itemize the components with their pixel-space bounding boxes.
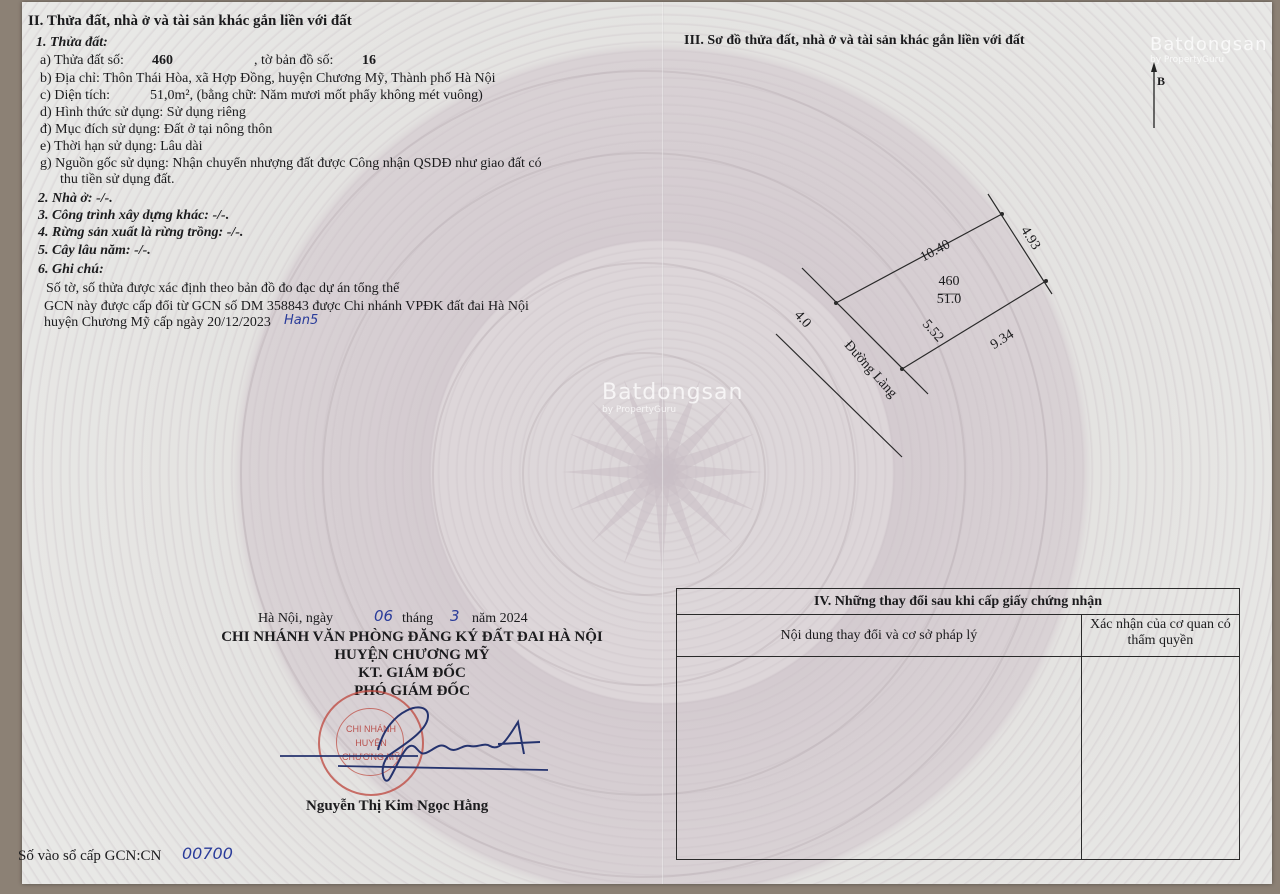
area-value: 51,0m², (bằng chữ: Năm mươi mốt phẩy khô… [150,88,483,104]
section-ii-title: II. Thửa đất, nhà ở và tài sản khác gắn … [28,13,352,29]
signature-icon [278,698,578,794]
map-sheet-label: , tờ bản đồ số: [254,53,333,69]
changes-table: IV. Những thay đổi sau khi cấp giấy chứn… [676,588,1240,860]
column-header-confirmation: Xác nhận của cơ quan có thẩm quyền [1081,615,1239,657]
land-heading: 1. Thửa đất: [36,35,108,51]
confirmation-cell [1081,657,1239,860]
perennial-item: 5. Cây lâu năm: -/-. [38,243,151,259]
note-line: huyện Chương Mỹ cấp ngày 20/12/2023 [44,315,271,331]
address-line: b) Địa chỉ: Thôn Thái Hòa, xã Hợp Đồng, … [40,71,496,87]
parcel-area-label: 51.0 [932,292,966,308]
watermark-center: Batdongsanby PropertyGuru [602,380,743,415]
forest-item: 4. Rừng sản xuất là rừng trồng: -/-. [38,225,243,241]
section-iii-title: III. Sơ đồ thửa đất, nhà ở và tài sản kh… [684,33,1025,49]
parcel-number-label: 460 [932,274,966,290]
note-line: Số tờ, số thửa được xác định theo bản đồ… [46,281,399,297]
watermark-corner: Batdongsanby PropertyGuru [1150,34,1268,65]
notes-initials: Han5 [284,313,318,329]
org-district: HUYỆN CHƯƠNG MỸ [172,647,652,663]
usage-origin-cont: thu tiền sử dụng đất. [60,172,175,188]
usage-term: e) Thời hạn sử dụng: Lâu dài [40,139,202,155]
usage-form: d) Hình thức sử dụng: Sử dụng riêng [40,105,246,121]
issue-year: năm 2024 [472,611,528,627]
section-iv-title: IV. Những thay đổi sau khi cấp giấy chứn… [677,589,1240,615]
issue-month: 3 [450,608,460,624]
issue-day: 06 [374,608,393,624]
issue-date-prefix: Hà Nội, ngày [258,611,333,627]
map-sheet-value: 16 [362,53,376,69]
column-header-changes: Nội dung thay đổi và cơ sở pháp lý [677,615,1082,657]
usage-origin: g) Nguồn gốc sử dụng: Nhận chuyển nhượng… [40,156,542,172]
parcel-number-value: 460 [152,53,173,69]
house-item: 2. Nhà ở: -/-. [38,191,113,207]
certificate-paper: Batdongsanby PropertyGuru Batdongsanby P… [22,2,1272,884]
other-construction-item: 3. Công trình xây dựng khác: -/-. [38,208,229,224]
signer-title-2: PHÓ GIÁM ĐỐC [172,683,652,699]
parcel-number-label: a) Thửa đất số: [40,53,124,69]
issue-month-label: tháng [402,611,433,627]
north-label: B [1157,73,1165,89]
signer-title-1: KT. GIÁM ĐỐC [172,665,652,681]
usage-purpose: đ) Mục đích sử dụng: Đất ở tại nông thôn [40,122,272,138]
registry-label: Số vào sổ cấp GCN:CN [18,848,161,864]
area-label: c) Diện tích: [40,88,110,104]
changes-cell [677,657,1082,860]
org-name: CHI NHÁNH VĂN PHÒNG ĐĂNG KÝ ĐẤT ĐAI HÀ N… [172,629,652,645]
registry-number: 00700 [182,846,233,862]
center-fold [662,2,664,884]
signer-name: Nguyễn Thị Kim Ngọc Hằng [306,798,488,814]
notes-heading: 6. Ghi chú: [38,262,104,278]
